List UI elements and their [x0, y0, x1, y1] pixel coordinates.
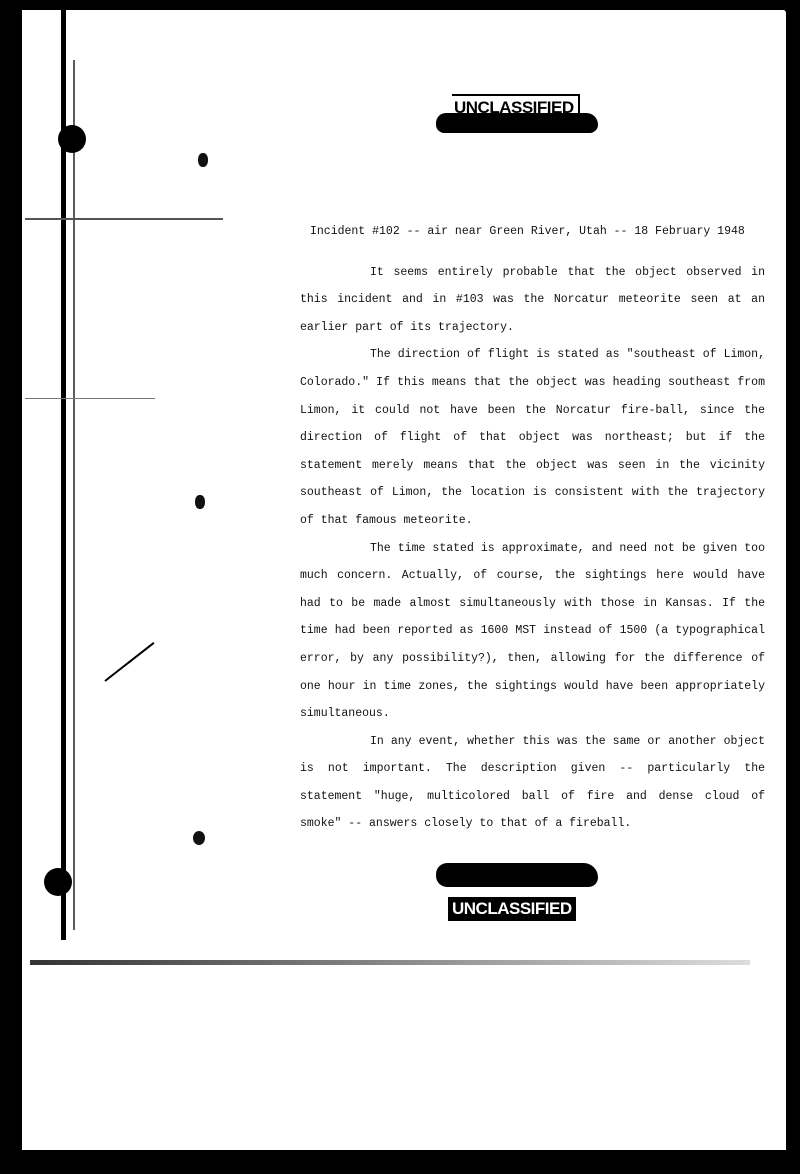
classification-stamp-bottom: UNCLASSIFIED	[448, 897, 576, 921]
document-body: Incident #102 -- air near Green River, U…	[300, 218, 765, 838]
scan-border-top	[0, 0, 800, 10]
redaction-bar-top	[436, 113, 598, 133]
margin-rule	[25, 398, 155, 399]
incident-heading: Incident #102 -- air near Green River, U…	[310, 218, 765, 246]
scan-border-bottom	[0, 1150, 800, 1174]
margin-mark-icon	[198, 153, 208, 167]
margin-mark-icon	[195, 495, 205, 509]
scan-border-right	[786, 0, 800, 1174]
paragraph: It seems entirely probable that the obje…	[300, 259, 765, 342]
paragraph: The direction of flight is stated as "so…	[300, 341, 765, 534]
margin-rule	[25, 218, 223, 220]
punch-hole-icon	[44, 868, 72, 896]
binder-edge-line-secondary	[73, 60, 75, 930]
paragraph: The time stated is approximate, and need…	[300, 535, 765, 728]
scan-border-left	[0, 0, 22, 1174]
margin-mark-icon	[193, 831, 205, 845]
paragraph: In any event, whether this was the same …	[300, 728, 765, 838]
punch-hole-icon	[58, 125, 86, 153]
redaction-bar-bottom	[436, 863, 598, 887]
scan-shadow-bar	[30, 960, 750, 965]
